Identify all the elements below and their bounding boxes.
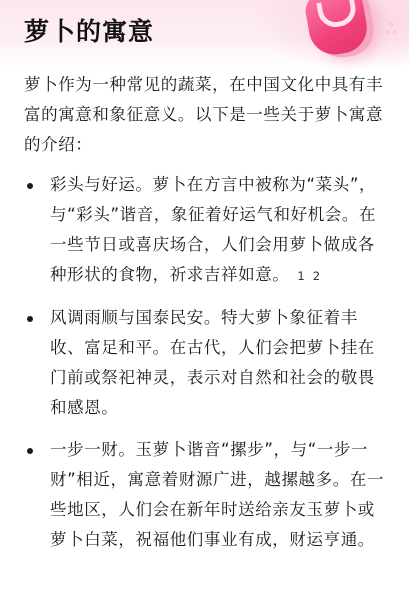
bullet-icon xyxy=(27,448,33,454)
meaning-list: 彩头与好运。萝卜在方言中被称为“菜头”，与“彩头”谐音，象征着好运气和好机会。在… xyxy=(24,170,389,555)
bullet-icon xyxy=(27,183,33,189)
list-item-text: 风调雨顺与国泰民安。特大萝卜象征着丰收、富足和平。在古代，人们会把萝卜挂在门前或… xyxy=(50,308,375,417)
citation-refs: 12 xyxy=(297,269,328,283)
logo-mark xyxy=(316,0,358,30)
citation-link[interactable]: 1 xyxy=(297,269,304,283)
list-item: 一步一财。玉萝卜谐音“摞步”，与“一步一财”相近，寓意着财源广进，越摞越多。在一… xyxy=(24,435,389,555)
page-title: 萝卜的寓意 xyxy=(24,12,154,48)
list-item: 风调雨顺与国泰民安。特大萝卜象征着丰收、富足和平。在古代，人们会把萝卜挂在门前或… xyxy=(24,303,389,423)
bullet-icon xyxy=(27,316,33,322)
sparkle-decoration-icon: ஃ xyxy=(386,22,397,40)
list-item: 彩头与好运。萝卜在方言中被称为“菜头”，与“彩头”谐音，象征着好运气和好机会。在… xyxy=(24,170,389,291)
list-item-text: 彩头与好运。萝卜在方言中被称为“菜头”，与“彩头”谐音，象征着好运气和好机会。在… xyxy=(50,175,376,284)
citation-link[interactable]: 2 xyxy=(313,269,320,283)
intro-paragraph: 萝卜作为一种常见的蔬菜，在中国文化中具有丰富的寓意和象征意义。以下是一些关于萝卜… xyxy=(24,70,389,160)
list-item-text: 一步一财。玉萝卜谐音“摞步”，与“一步一财”相近，寓意着财源广进，越摞越多。在一… xyxy=(50,440,384,549)
answer-content: 萝卜作为一种常见的蔬菜，在中国文化中具有丰富的寓意和象征意义。以下是一些关于萝卜… xyxy=(24,70,389,567)
